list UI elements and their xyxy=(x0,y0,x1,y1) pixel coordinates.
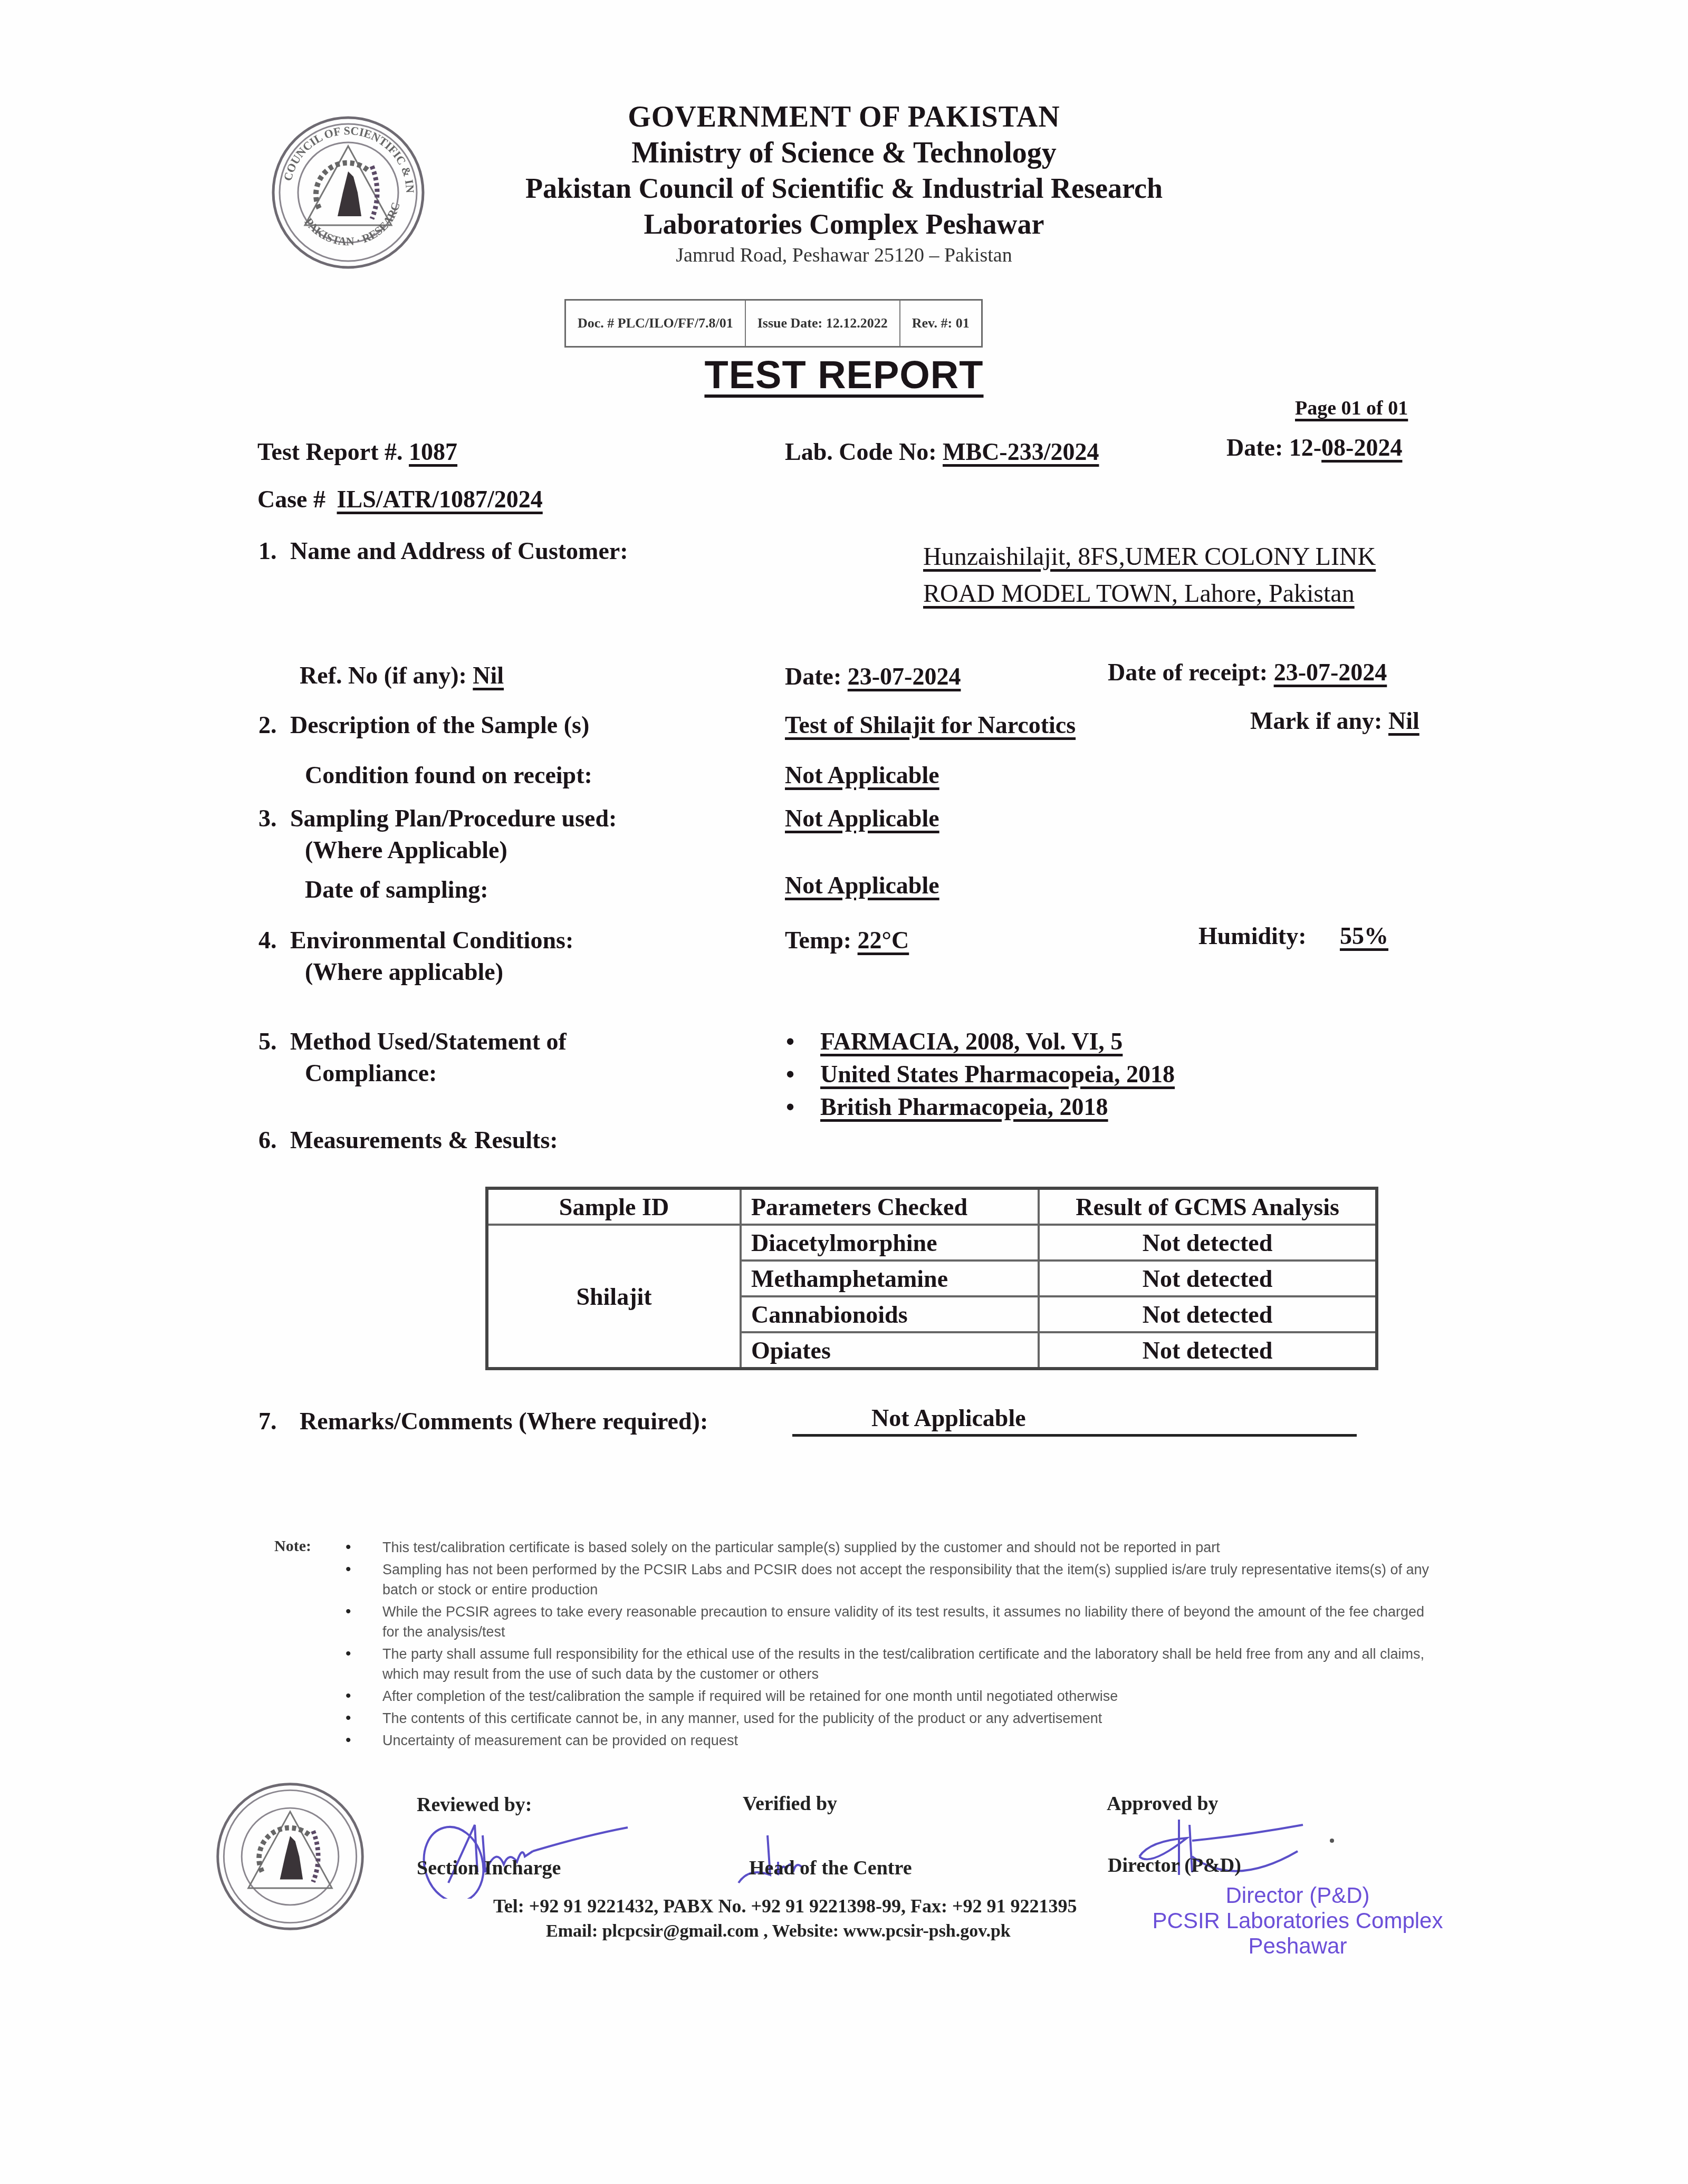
section-6-number: 6. xyxy=(258,1126,290,1154)
parameter-cell: Methamphetamine xyxy=(741,1261,1039,1296)
header-result: Result of GCMS Analysis xyxy=(1039,1188,1377,1225)
header-government: GOVERNMENT OF PAKISTAN xyxy=(475,100,1213,134)
section-3-text: Sampling Plan/Procedure used: xyxy=(290,805,617,832)
receipt-date: Date of receipt: 23-07-2024 xyxy=(1108,658,1387,686)
pcsir-seal-icon: COUNCIL OF SCIENTIFIC & INDUSTRIAL PAKIS… xyxy=(269,113,427,272)
lab-code-value: MBC-233/2024 xyxy=(943,438,1099,465)
report-date: Date: 12-08-2024 xyxy=(1226,434,1402,461)
header-address: Jamrud Road, Peshawar 25120 – Pakistan xyxy=(475,244,1213,267)
note-item: The contents of this certificate cannot … xyxy=(382,1708,1435,1728)
section-7-number: 7. xyxy=(258,1407,300,1435)
receipt-date-value: 23-07-2024 xyxy=(1274,659,1387,686)
section-2-text: Description of the Sample (s) xyxy=(290,711,589,738)
page-title-text: TEST REPORT xyxy=(704,353,983,397)
note-item: The party shall assume full responsibili… xyxy=(382,1644,1435,1684)
method-item: •British Pharmacopeia, 2018 xyxy=(786,1093,1108,1121)
section-7-text: Remarks/Comments (Where required): xyxy=(300,1408,708,1435)
sample-id-cell: Shilajit xyxy=(487,1225,741,1369)
table-row: Shilajit Diacetylmorphine Not detected xyxy=(487,1225,1377,1261)
section-7-label: 7.Remarks/Comments (Where required): xyxy=(258,1407,708,1435)
test-report-label: Test Report #. xyxy=(257,438,403,465)
head-of-centre-role: Head of the Centre xyxy=(749,1856,912,1880)
section-1-text: Name and Address of Customer: xyxy=(290,537,628,564)
sampling-date-label: Date of sampling: xyxy=(305,875,488,903)
section-5-label-line2: Compliance: xyxy=(305,1059,437,1087)
case-number: Case # ILS/ATR/1087/2024 xyxy=(257,485,543,513)
footer-web: Email: plcpcsir@gmail.com , Website: www… xyxy=(546,1921,1011,1941)
notes-section: Note: This test/calibration certificate … xyxy=(274,1537,1435,1753)
temperature: Temp: 22°C xyxy=(785,926,909,954)
report-date-value: 08-2024 xyxy=(1321,434,1402,461)
director-role: Director (P&D) xyxy=(1108,1854,1241,1877)
section-4-text: Environmental Conditions: xyxy=(290,927,573,954)
header-council: Pakistan Council of Scientific & Industr… xyxy=(475,172,1213,205)
humidity-value: 55% xyxy=(1340,922,1388,949)
doc-number: Doc. # PLC/ILO/FF/7.8/01 xyxy=(566,301,745,346)
customer-date: Date: 23-07-2024 xyxy=(785,662,961,690)
section-2-number: 2. xyxy=(258,711,290,739)
note-item: Sampling has not been performed by the P… xyxy=(382,1560,1435,1600)
section-1-number: 1. xyxy=(258,537,290,565)
section-5-label: 5.Method Used/Statement of xyxy=(258,1027,567,1055)
lab-code: Lab. Code No: MBC-233/2024 xyxy=(785,438,1099,466)
section-2-label: 2.Description of the Sample (s) xyxy=(258,711,589,739)
section-3-sublabel: (Where Applicable) xyxy=(305,836,507,864)
footer-contact: Tel: +92 91 9221432, PABX No. +92 91 922… xyxy=(493,1895,1077,1917)
header-sample-id: Sample ID xyxy=(487,1188,741,1225)
customer-date-label: Date: xyxy=(785,663,841,690)
customer-address-line1: Hunzaishilajit, 8FS,UMER COLONY LINK xyxy=(923,542,1376,571)
sampling-plan-value: Not Applicable xyxy=(785,804,939,832)
condition-label: Condition found on receipt: xyxy=(305,761,592,789)
method-text: United States Pharmacopeia, 2018 xyxy=(820,1061,1175,1088)
test-report-page: COUNCIL OF SCIENTIFIC & INDUSTRIAL PAKIS… xyxy=(0,0,1688,2184)
receipt-date-label: Date of receipt: xyxy=(1108,659,1268,686)
mark-value: Nil xyxy=(1388,707,1420,734)
pcsir-seal-icon xyxy=(214,1780,367,1933)
temperature-label: Temp: xyxy=(785,927,851,954)
page-title: TEST REPORT xyxy=(0,352,1688,397)
results-table: Sample ID Parameters Checked Result of G… xyxy=(485,1187,1378,1370)
stamp-line3: Peshawar xyxy=(1134,1933,1461,1959)
notes-label: Note: xyxy=(274,1537,311,1555)
header-lab-complex: Laboratories Complex Peshawar xyxy=(475,208,1213,240)
note-item: This test/calibration certificate is bas… xyxy=(382,1537,1435,1557)
bullet-icon: • xyxy=(786,1060,820,1088)
reviewed-by-label: Reviewed by: xyxy=(417,1793,532,1816)
page-number: Page 01 of 01 xyxy=(1295,397,1408,420)
section-4-number: 4. xyxy=(258,926,290,954)
condition-value: Not Applicable xyxy=(785,761,939,789)
section-4-sublabel: (Where applicable) xyxy=(305,958,503,986)
section-4-label: 4.Environmental Conditions: xyxy=(258,926,573,954)
sampling-date-value: Not Applicable xyxy=(785,871,939,899)
section-incharge-role: Section Incharge xyxy=(417,1856,561,1880)
table-header-row: Sample ID Parameters Checked Result of G… xyxy=(487,1188,1377,1225)
method-item: •FARMACIA, 2008, Vol. VI, 5 xyxy=(786,1027,1123,1055)
ref-value: Nil xyxy=(473,662,504,689)
method-item: •United States Pharmacopeia, 2018 xyxy=(786,1060,1175,1088)
revision-number: Rev. #: 01 xyxy=(899,301,981,346)
section-3-label: 3.Sampling Plan/Procedure used: xyxy=(258,804,617,832)
notes-list: This test/calibration certificate is bas… xyxy=(274,1537,1435,1750)
parameter-cell: Cannabionoids xyxy=(741,1296,1039,1332)
report-date-label: Date: 12- xyxy=(1226,434,1321,461)
test-report-value: 1087 xyxy=(409,438,457,465)
customer-date-value: 23-07-2024 xyxy=(848,663,961,690)
section-5-text: Method Used/Statement of xyxy=(290,1028,567,1055)
verified-by-label: Verified by xyxy=(743,1792,837,1815)
result-cell: Not detected xyxy=(1039,1261,1377,1296)
header-ministry: Ministry of Science & Technology xyxy=(475,136,1213,170)
note-item: Uncertainty of measurement can be provid… xyxy=(382,1730,1435,1750)
case-value: ILS/ATR/1087/2024 xyxy=(337,486,543,513)
issue-date: Issue Date: 12.12.2022 xyxy=(745,301,899,346)
temperature-value: 22°C xyxy=(858,927,909,954)
humidity: Humidity: 55% xyxy=(1198,922,1388,950)
mark: Mark if any: Nil xyxy=(1250,707,1420,735)
result-cell: Not detected xyxy=(1039,1296,1377,1332)
remarks-value: Not Applicable xyxy=(792,1404,1357,1437)
parameter-cell: Opiates xyxy=(741,1332,1039,1369)
lab-code-label: Lab. Code No: xyxy=(785,438,937,465)
note-item: After completion of the test/calibration… xyxy=(382,1686,1435,1706)
bullet-icon: • xyxy=(786,1027,820,1055)
parameter-cell: Diacetylmorphine xyxy=(741,1225,1039,1261)
mark-label: Mark if any: xyxy=(1250,707,1382,734)
section-6-label: 6.Measurements & Results: xyxy=(258,1126,558,1154)
sample-description: Test of Shilajit for Narcotics xyxy=(785,711,1076,739)
section-1-label: 1.Name and Address of Customer: xyxy=(258,537,628,565)
ref-label: Ref. No (if any): xyxy=(300,662,467,689)
header-parameters: Parameters Checked xyxy=(741,1188,1039,1225)
case-label: Case # xyxy=(257,486,325,513)
note-item: While the PCSIR agrees to take every rea… xyxy=(382,1602,1435,1642)
section-3-number: 3. xyxy=(258,804,290,832)
section-5-number: 5. xyxy=(258,1027,290,1055)
result-cell: Not detected xyxy=(1039,1332,1377,1369)
humidity-label: Humidity: xyxy=(1198,922,1306,949)
customer-address-line2: ROAD MODEL TOWN, Lahore, Pakistan xyxy=(923,579,1355,608)
method-text: British Pharmacopeia, 2018 xyxy=(820,1093,1108,1120)
stamp-line1: Director (P&D) xyxy=(1134,1883,1461,1908)
section-6-text: Measurements & Results: xyxy=(290,1127,558,1153)
bullet-icon: • xyxy=(786,1093,820,1121)
ref-number: Ref. No (if any): Nil xyxy=(300,661,504,689)
method-text: FARMACIA, 2008, Vol. VI, 5 xyxy=(820,1028,1123,1055)
test-report-number: Test Report #. 1087 xyxy=(257,438,457,466)
director-stamp: Director (P&D) PCSIR Laboratories Comple… xyxy=(1134,1883,1461,1959)
stamp-line2: PCSIR Laboratories Complex xyxy=(1134,1908,1461,1933)
doc-info-box: Doc. # PLC/ILO/FF/7.8/01 Issue Date: 12.… xyxy=(564,299,983,348)
result-cell: Not detected xyxy=(1039,1225,1377,1261)
